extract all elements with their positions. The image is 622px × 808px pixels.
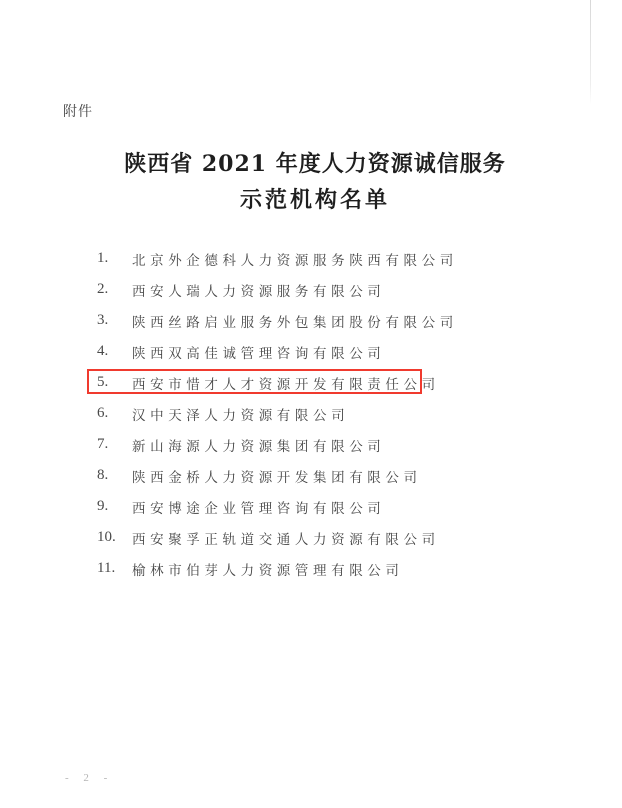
list-item: 9. 西安博途企业管理咨询有限公司: [97, 491, 458, 522]
item-number: 8.: [97, 467, 132, 484]
scan-edge-line: [590, 0, 591, 105]
document-title-line1: 陕西省 2021 年度人力资源诚信服务: [35, 147, 595, 178]
item-number: 10.: [97, 529, 132, 546]
item-number: 6.: [97, 405, 132, 422]
item-name: 北京外企德科人力资源服务陕西有限公司: [132, 249, 458, 269]
item-name: 榆林市伯芽人力资源管理有限公司: [132, 559, 404, 579]
list-item: 2. 西安人瑞人力资源服务有限公司: [97, 274, 458, 305]
list-item: 10. 西安聚孚正轨道交通人力资源有限公司: [97, 522, 458, 553]
item-name: 陕西双高佳诚管理咨询有限公司: [132, 342, 385, 362]
organization-list: 1. 北京外企德科人力资源服务陕西有限公司 2. 西安人瑞人力资源服务有限公司 …: [97, 243, 458, 584]
item-number: 4.: [97, 343, 132, 360]
item-name: 西安人瑞人力资源服务有限公司: [132, 280, 385, 300]
item-number: 11.: [97, 560, 132, 577]
item-name: 汉中天泽人力资源有限公司: [132, 404, 349, 424]
highlight-box: [87, 369, 422, 394]
list-item: 8. 陕西金桥人力资源开发集团有限公司: [97, 460, 458, 491]
item-name: 西安聚孚正轨道交通人力资源有限公司: [132, 528, 440, 548]
list-item: 7. 新山海源人力资源集团有限公司: [97, 429, 458, 460]
list-item: 4. 陕西双高佳诚管理咨询有限公司: [97, 336, 458, 367]
item-name: 新山海源人力资源集团有限公司: [132, 435, 385, 455]
list-item: 6. 汉中天泽人力资源有限公司: [97, 398, 458, 429]
attachment-label: 附件: [63, 101, 93, 121]
document-title-line2: 示范机构名单: [35, 183, 595, 214]
item-number: 2.: [97, 281, 132, 298]
list-item: 3. 陕西丝路启业服务外包集团股份有限公司: [97, 305, 458, 336]
item-name: 西安博途企业管理咨询有限公司: [132, 497, 385, 517]
item-number: 3.: [97, 312, 132, 329]
item-name: 陕西丝路启业服务外包集团股份有限公司: [132, 311, 458, 331]
page-number: - 2 -: [65, 772, 113, 784]
item-number: 1.: [97, 250, 132, 267]
list-item: 11. 榆林市伯芽人力资源管理有限公司: [97, 553, 458, 584]
item-name: 陕西金桥人力资源开发集团有限公司: [132, 466, 422, 486]
item-number: 9.: [97, 498, 132, 515]
item-number: 7.: [97, 436, 132, 453]
list-item: 1. 北京外企德科人力资源服务陕西有限公司: [97, 243, 458, 274]
